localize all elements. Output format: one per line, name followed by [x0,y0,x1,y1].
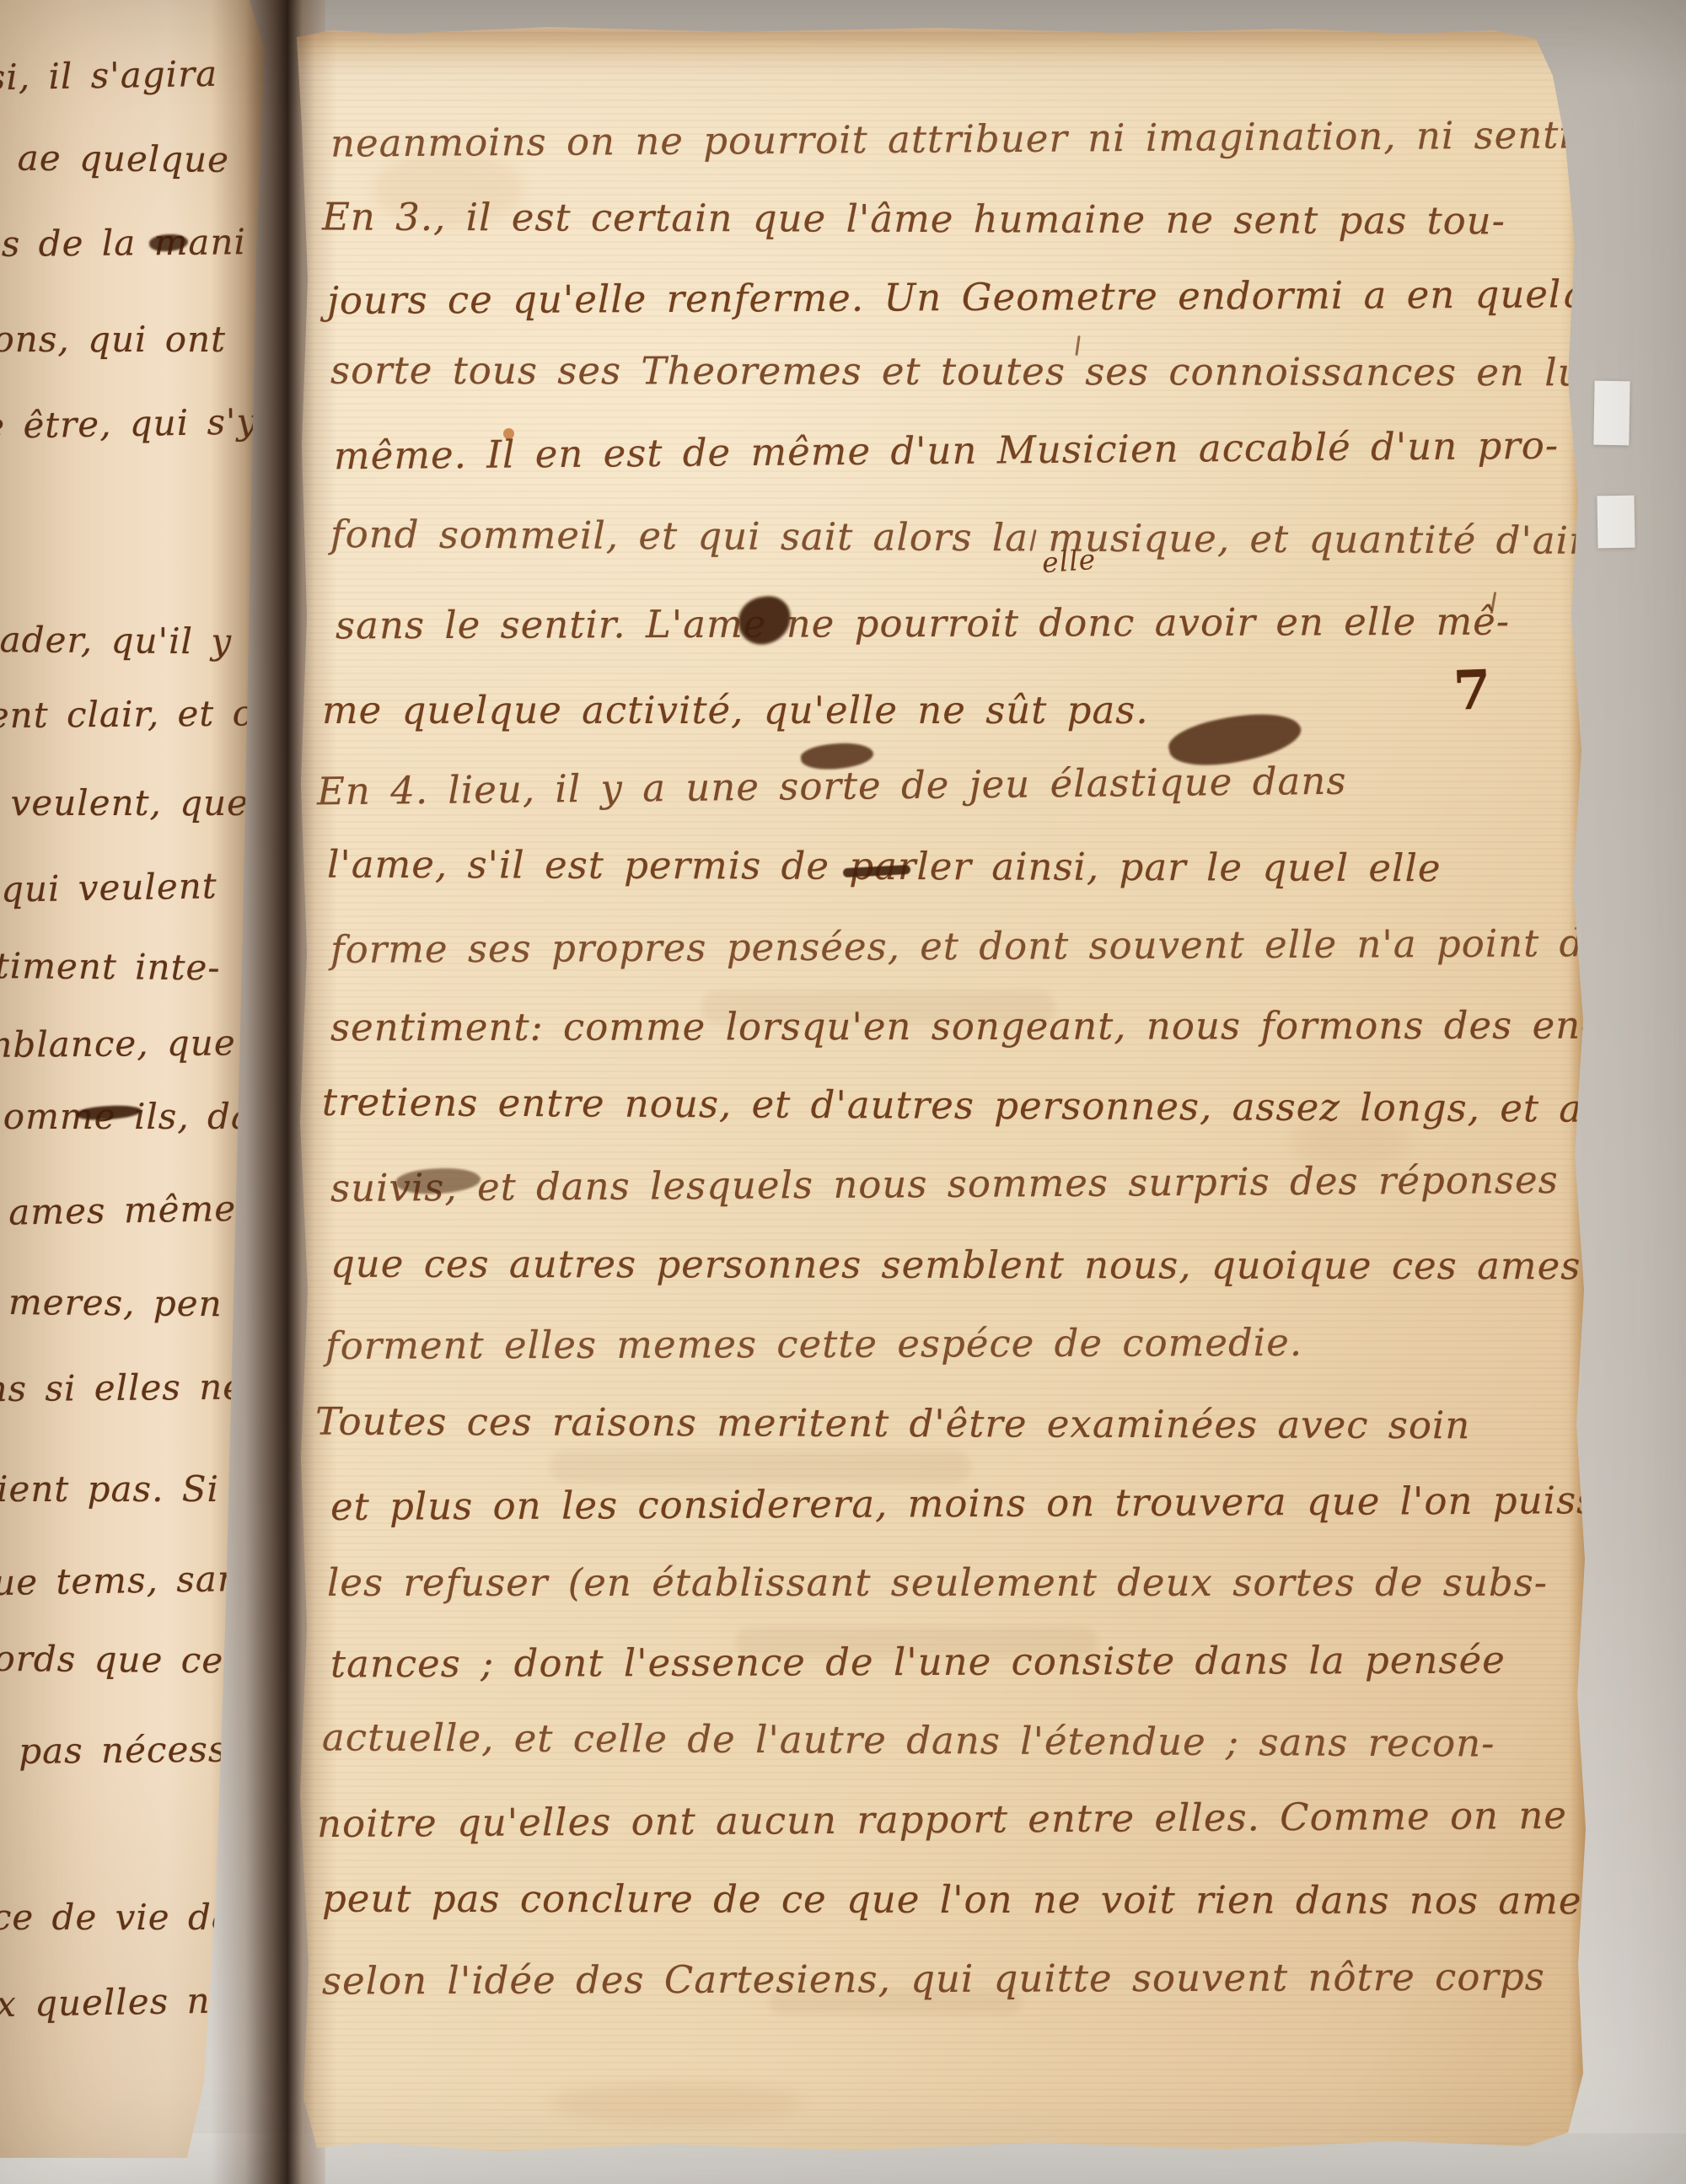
manuscript-line-19: les refuser (en établissant seulement de… [327,1560,1548,1605]
facing-page-fragment-13: les ames même [0,1188,236,1234]
facing-page-fragment-6: rsuader, qu'il y [0,618,232,662]
manuscript-line-17: Toutes ces raisons meritent d'être exami… [315,1399,1471,1448]
manuscript-line-11: forme ses propres pensées, et dont souve… [330,920,1608,972]
manuscript-line-1: neanmoins on ne pourroit attribuer ni im… [330,111,1686,165]
background-paper-tab-1 [1593,381,1630,446]
facing-page-fragment-16: oient pas. Si [0,1468,219,1510]
manuscript-line-21: actuelle, et celle de l'autre dans l'éte… [322,1714,1495,1765]
manuscript-line-4: sorte tous ses Theoremes et toutes ses c… [330,348,1596,395]
facing-page-fragment-3: corps de la mani [0,221,246,265]
facing-page-fragment-10: entiment inte- [0,945,221,989]
page-number: 7 [1452,658,1492,723]
facing-page-fragment-8: , qui veulent, que [0,782,249,824]
manuscript-line-18: et plus on les considerera, moins on tro… [330,1478,1620,1529]
manuscript-line-16: forment elles memes cette espéce de come… [325,1320,1302,1368]
manuscript-line-15: que ces autres personnes semblent nous, … [330,1242,1581,1289]
manuscript-line-3: jours ce qu'elle renferme. Un Geometre e… [327,271,1635,323]
facing-page-fragment-17: elque tems, sans [0,1558,260,1605]
facing-page-fragment-14: rs meres, pen - [0,1280,253,1324]
manuscript-line-13: tretiens entre nous, et d'autres personn… [322,1080,1667,1131]
manuscript-line-24: selon l'idée des Cartesiens, qui quitte … [322,1954,1545,2003]
manuscript-line-12: sentiment: comme lorsqu'en songeant, nou… [330,1003,1594,1050]
manuscript-line-7: sans le sentir. L'ame ne pourroit donc a… [336,599,1510,648]
manuscript-line-2: En 3., il est certain que l'âme humaine … [322,195,1506,244]
manuscript-line-6: fond sommeil, et qui sait alors la musiq… [330,512,1608,563]
facing-page-fragment-11: -semblance, que [0,1022,236,1065]
manuscript-line-22: noitre qu'elles ont aucun rapport entre … [317,1793,1567,1846]
manuscript-line-8: me quelque activité, qu'elle ne sût pas. [322,688,1149,732]
manuscript-line-23: peut pas conclure de ce que l'on ne voit… [322,1876,1603,1924]
facing-page-fragment-7: ment clair, et c [0,692,253,736]
manuscript-line-14: suivis, et dans lesquels nous sommes sur… [330,1157,1559,1210]
facing-page-fragment-21: ux quelles ne [0,1979,232,2025]
photo-canvas: t ainsi, il s'agiraqu'il y ae quelquecor… [0,0,1686,2184]
facing-page-fragment-5: elque être, qui s'y [0,400,257,448]
facing-page-fragment-15: ins si elles ne [0,1366,244,1410]
manuscript-page: neanmoins on ne pourroit attribuer ni im… [297,25,1591,2158]
facing-page-fragment-4: s raisons, qui ont [0,319,226,360]
background-paper-tab-2 [1597,496,1635,549]
facing-page-fragment-2: qu'il y ae quelque [0,136,229,180]
facing-page-fragment-9: et qui veulent [0,865,217,911]
facing-page-fragment-18: cords que ce [0,1638,223,1682]
show-through-2 [550,1450,971,1484]
facing-page-fragment-1: t ainsi, il s'agira [0,53,217,100]
interline-insertion-word: elle [1041,543,1098,579]
manuscript-line-20: tances ; dont l'essence de l'une consist… [330,1638,1506,1687]
